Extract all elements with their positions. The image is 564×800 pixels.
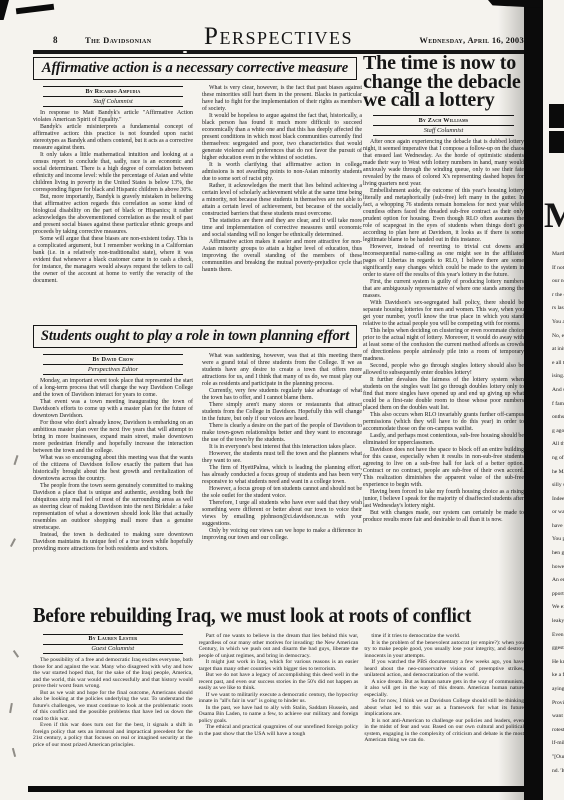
column-text: The possibility of a free and democratic…	[33, 657, 193, 748]
paragraph: f fame,	[545, 398, 564, 412]
paragraph: Some will argue that these biases are no…	[33, 236, 193, 285]
adjacent-page-sliver: Mo MarthIf not,our nor the cors lastYou …	[543, 0, 564, 800]
affirmative-column-2: What is very clear, however, is the fact…	[202, 85, 362, 323]
masthead: 8 The Davidsonian Perspectives Wednesday…	[33, 22, 524, 48]
paragraph: e all th	[545, 357, 564, 371]
paragraph: First, the current system is guilty of p…	[363, 279, 524, 300]
paragraph: It only takes a little mathematical intu…	[33, 152, 193, 194]
article-iraq-body: By Lauren Lester Guest Columnist The pos…	[33, 633, 524, 785]
paragraph: It might just work in Iraq, which for va…	[199, 659, 359, 672]
adjacent-page-photo-block	[549, 104, 564, 128]
paragraph: The people from the town seem genuinely …	[33, 483, 193, 532]
paragraph: have is	[545, 520, 564, 534]
paragraph: The statistics are there and they are cl…	[202, 218, 362, 239]
paragraph: In response to Matt Bandyk's article "Af…	[33, 110, 193, 124]
byline-author: By David Crow	[43, 356, 184, 365]
paragraph: This helps when deciding on clustering o…	[363, 328, 524, 363]
paragraph: rs last	[545, 302, 564, 316]
adjacent-page-text-fragments: MarthIf not,our nor the cors lastYou aNo…	[545, 248, 564, 778]
paragraph: Monday, an important event took place th…	[33, 378, 193, 399]
article-headline: Affirmative action is a necessary correc…	[42, 60, 348, 77]
paragraph: However, a focus group of ten students c…	[202, 486, 362, 500]
column-text: Monday, an important event took place th…	[33, 378, 193, 553]
pencil-mark	[10, 538, 16, 547]
section-title: Perspectives	[204, 23, 353, 51]
paragraph: pporte	[545, 588, 564, 602]
paragraph: We ex	[545, 601, 564, 615]
iraq-column-2: Part of me wants to believe in the dream…	[199, 633, 359, 785]
paragraph: But we do not have a legacy of accomplis…	[199, 672, 359, 692]
paragraph: You a	[545, 316, 564, 330]
byline-role: Perspectives Editor	[43, 366, 184, 373]
paragraph: But as we wait and hope for the final ou…	[33, 690, 193, 723]
iraq-column-3: time if it tries to democratize the worl…	[364, 633, 524, 785]
paragraph: our no	[545, 275, 564, 289]
paragraph: at initi	[545, 343, 564, 357]
paragraph: Only by voicing our views can we hope to…	[202, 528, 362, 542]
paragraph: Second, people who go through singles lo…	[363, 363, 524, 377]
paragraph: It would be hopeless to argue against th…	[202, 113, 362, 162]
paragraph: want to	[545, 710, 564, 724]
article-headline: The time is now to change the debacle we…	[363, 54, 524, 110]
paragraph: or was	[545, 506, 564, 520]
paragraph: If not,	[545, 262, 564, 276]
paragraph: All the	[545, 438, 564, 452]
paragraph: However, the students must tell the town…	[202, 451, 362, 465]
paragraph: If we want to militarily execute a democ…	[199, 692, 359, 705]
paragraph: Rather, it acknowledges the merit that l…	[202, 183, 362, 218]
article-affirmative-action-body: By Ricardo Ampudia Staff Columnist In re…	[33, 85, 362, 323]
paragraph: In the past, we have had to ally with St…	[199, 705, 359, 725]
paragraph: The firm of HyettPalma, which is leading…	[202, 465, 362, 486]
paragraph: Davidson does not have the space to bloc…	[363, 447, 524, 489]
town-column-1: By David Crow Perspectives Editor Monday…	[33, 353, 193, 603]
paragraph: What was saddening, however, was that at…	[202, 353, 362, 388]
masthead-rule	[33, 50, 524, 54]
paragraph: It is the problem of the benevolent auto…	[364, 640, 524, 660]
paragraph: Affirmative action makes it easier and m…	[202, 239, 362, 274]
paragraph: An ent	[545, 574, 564, 588]
paragraph: Having been forced to take my fourth hou…	[363, 489, 524, 510]
bottom-scan-strip	[28, 786, 528, 792]
byline-author: By Zach Williams	[373, 117, 515, 126]
paragraph: Part of me wants to believe in the dream…	[199, 633, 359, 659]
paragraph: It further devalues the fairness of the …	[363, 377, 524, 412]
paragraph: Provin	[545, 697, 564, 711]
paragraph: What is very clear, however, is the fact…	[202, 85, 362, 113]
paragraph: What was so encouraging about this meeti…	[33, 455, 193, 483]
paragraph: Lastly, and perhaps most contentious, su…	[363, 433, 524, 447]
paragraph: It is worth clarifying that affirmative …	[202, 162, 362, 183]
affirmative-column-1: By Ricardo Ampudia Staff Columnist In re…	[33, 85, 193, 323]
paragraph: But with changes made, our system can ce…	[363, 510, 524, 524]
column-text: What is very clear, however, is the fact…	[202, 85, 362, 274]
article-town-planning-body: By David Crow Perspectives Editor Monday…	[33, 353, 362, 603]
column-text: What was saddening, however, was that at…	[202, 353, 362, 542]
page-gutter-bar	[524, 0, 543, 800]
byline-role: Staff Columnist	[373, 127, 515, 134]
paragraph: There is clearly a desire on the part of…	[202, 423, 362, 444]
paragraph: No, ev	[545, 330, 564, 344]
paragraph: The ethical and practical quagmires of o…	[199, 724, 359, 737]
paragraph: It is in everyone's best interest that t…	[202, 444, 362, 451]
paragraph: Even F	[545, 629, 564, 643]
page-number: 8	[53, 35, 58, 45]
pencil-mark	[9, 703, 12, 713]
byline-author: By Lauren Lester	[43, 636, 184, 645]
paragraph: However, instead of reverting to trivial…	[363, 244, 524, 279]
paragraph: onths l	[545, 411, 564, 425]
paragraph: Therefore, I urge all students who have …	[202, 500, 362, 528]
byline-block: By Lauren Lester Guest Columnist	[43, 634, 184, 654]
paragraph: But, more importantly, Bandyk is gravely…	[33, 194, 193, 236]
paragraph: For those who don't already know, Davids…	[33, 420, 193, 455]
paragraph: Even if this war does turn out for the b…	[33, 722, 193, 748]
scan-artifact-top-left	[0, 0, 9, 20]
paragraph: ng of th	[545, 452, 564, 466]
paragraph: ggest si	[545, 642, 564, 656]
paragraph: Indeed	[545, 493, 564, 507]
paragraph: You pr	[545, 533, 564, 547]
paragraph: g ago	[545, 425, 564, 439]
article-headline: Students ought to play a role in town pl…	[41, 328, 349, 345]
pencil-mark	[13, 650, 19, 657]
issue-date: Wednesday, April 16, 2003	[419, 35, 524, 45]
paragraph: leaky fi	[545, 615, 564, 629]
paragraph: Currently, very few students regularly t…	[202, 388, 362, 402]
headline-affirmative-action: Affirmative action is a necessary correc…	[33, 57, 357, 80]
adjacent-page-headline-fragment: Mo	[544, 194, 564, 236]
paragraph: Marth	[545, 248, 564, 262]
masthead-rule-gap	[183, 51, 187, 54]
paragraph: Instead, the town is dedicated to making…	[33, 532, 193, 553]
paragraph: So for now, I think we at Davidson Colle…	[364, 698, 524, 718]
paragraph: nd. 'It'	[545, 765, 564, 779]
column-text: After once again experiencing the debacl…	[363, 139, 524, 524]
paragraph: ke a fart	[545, 669, 564, 683]
paragraph: After once again experiencing the debacl…	[363, 139, 524, 188]
paragraph: And so	[545, 384, 564, 398]
paragraph: r the co	[545, 289, 564, 303]
paragraph: silly si	[545, 479, 564, 493]
adjacent-page-photo-block	[549, 131, 564, 153]
paragraph: Embellishment aside, the outcome of this…	[363, 188, 524, 244]
paragraph: If you watched the PBS documentary a few…	[364, 659, 524, 679]
headline-iraq: Before rebuilding Iraq, we must look at …	[33, 603, 475, 628]
pencil-mark	[12, 748, 16, 757]
paragraph: howed t	[545, 561, 564, 575]
paper-name: The Davidsonian	[85, 35, 152, 45]
paragraph: That event was a town meeting inaugurati…	[33, 399, 193, 420]
iraq-column-1: By Lauren Lester Guest Columnist The pos…	[33, 633, 193, 785]
paragraph: With Davidson's sex-segregated hall poli…	[363, 300, 524, 328]
paragraph: It is not anti-American to challenge our…	[364, 718, 524, 744]
paragraph: Bandyk's article misinterprets a fundame…	[33, 124, 193, 152]
column-text: time if it tries to democratize the worl…	[364, 633, 524, 744]
paragraph: ising.	[545, 370, 564, 384]
pencil-mark	[13, 455, 18, 465]
byline-author: By Ricardo Ampudia	[43, 88, 184, 97]
paragraph: A nice dream. But as human nature gets i…	[364, 679, 524, 699]
byline-role: Guest Columnist	[43, 646, 184, 653]
paragraph: There simply aren't many stores or resta…	[202, 402, 362, 423]
paragraph: he Mast	[545, 466, 564, 480]
paragraph: hen ga	[545, 547, 564, 561]
scan-artifact-mark	[16, 4, 54, 15]
article-lottery: The time is now to change the debacle we…	[363, 54, 524, 604]
town-column-2: What was saddening, however, was that at…	[202, 353, 362, 603]
paragraph: He kn	[545, 656, 564, 670]
byline-role: Staff Columnist	[43, 98, 184, 105]
column-text: Part of me wants to believe in the dream…	[199, 633, 359, 737]
byline-block: By David Crow Perspectives Editor	[43, 354, 184, 375]
byline-block: By Zach Williams Staff Columnist	[373, 115, 515, 136]
paragraph: rotest w	[545, 724, 564, 738]
newspaper-page-scan: 8 The Davidsonian Perspectives Wednesday…	[0, 0, 564, 800]
paragraph: "[Our f	[545, 751, 564, 765]
paragraph: This also occurs when RLO invariably gra…	[363, 412, 524, 433]
column-text: In response to Matt Bandyk's article "Af…	[33, 110, 193, 285]
paragraph: aying h	[545, 683, 564, 697]
paragraph: The possibility of a free and democratic…	[33, 657, 193, 690]
paragraph: lf-mile	[545, 737, 564, 751]
byline-block: By Ricardo Ampudia Staff Columnist	[43, 86, 184, 107]
headline-town-planning: Students ought to play a role in town pl…	[33, 325, 357, 348]
